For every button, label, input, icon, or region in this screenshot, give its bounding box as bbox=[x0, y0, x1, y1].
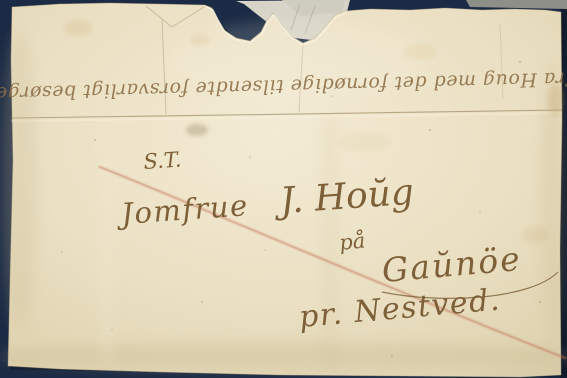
stain-smudge bbox=[186, 124, 208, 136]
stain bbox=[404, 44, 436, 60]
stain bbox=[522, 226, 548, 244]
stain bbox=[190, 34, 210, 46]
address-preposition: på bbox=[338, 228, 366, 255]
letter-scan: Fra Houg med det fornødige tilsendte for… bbox=[0, 0, 567, 378]
stain bbox=[64, 20, 92, 36]
stain bbox=[339, 132, 391, 152]
address-salutation: S.T. bbox=[143, 147, 183, 174]
